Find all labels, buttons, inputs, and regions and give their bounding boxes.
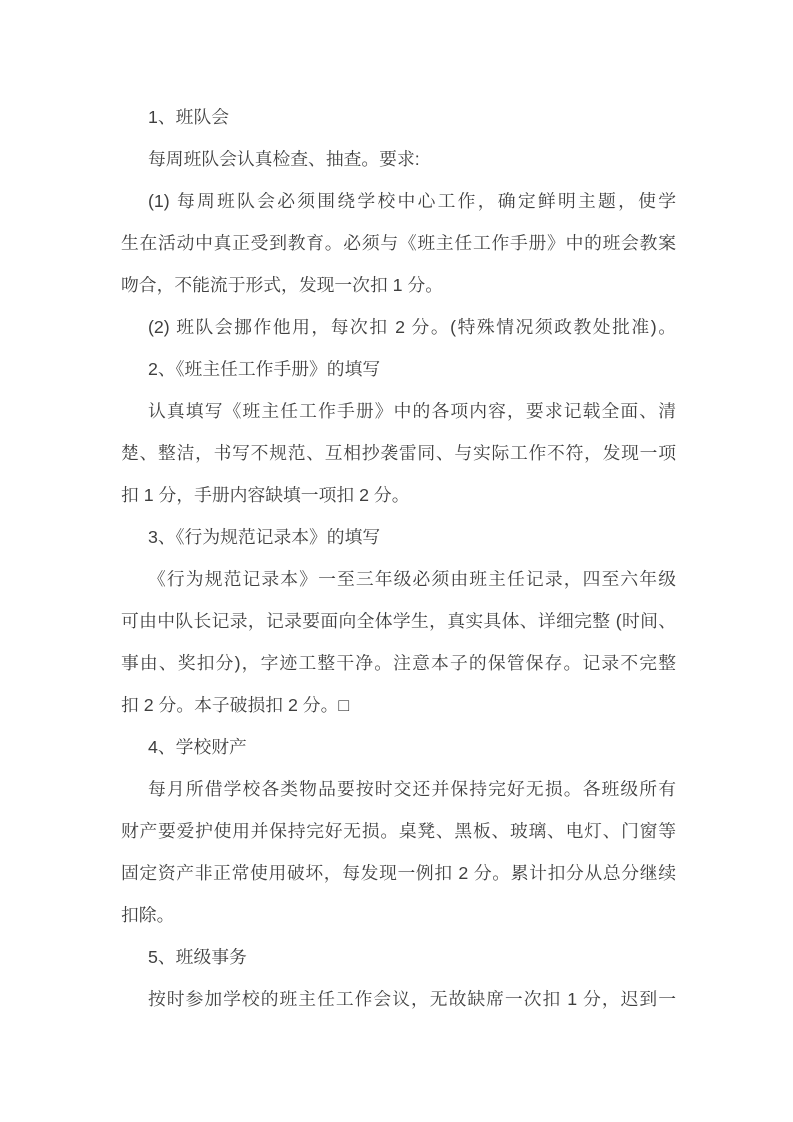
document-page: 1、班队会 每周班队会认真检查、抽查。要求: (1) 每周班队会必须围绕学校中心…: [0, 0, 793, 1122]
heading-line: 2、《班主任工作手册》的填写: [121, 348, 676, 390]
text-line: 按时参加学校的班主任工作会议，无故缺席一次扣 1 分，迟到一: [121, 978, 676, 1020]
text-line: 扣除。: [121, 894, 676, 936]
text-line: 每月所借学校各类物品要按时交还并保持完好无损。各班级所有: [121, 768, 676, 810]
text-line: 扣 2 分。本子破损扣 2 分。□: [121, 684, 676, 726]
text-line: 吻合，不能流于形式，发现一次扣 1 分。: [121, 264, 676, 306]
text-line: 楚、整洁，书写不规范、互相抄袭雷同、与实际工作不符，发现一项: [121, 432, 676, 474]
text-line: 生在活动中真正受到教育。必须与《班主任工作手册》中的班会教案: [121, 222, 676, 264]
heading-line: 3、《行为规范记录本》的填写: [121, 516, 676, 558]
heading-line: 1、班队会: [121, 96, 676, 138]
text-line: 扣 1 分，手册内容缺填一项扣 2 分。: [121, 474, 676, 516]
text-line: 事由、奖扣分)，字迹工整干净。注意本子的保管保存。记录不完整: [121, 642, 676, 684]
text-line: (1) 每周班队会必须围绕学校中心工作，确定鲜明主题，使学: [121, 180, 676, 222]
text-line: 《行为规范记录本》一至三年级必须由班主任记录，四至六年级: [121, 558, 676, 600]
text-line: 财产要爱护使用并保持完好无损。桌凳、黑板、玻璃、电灯、门窗等: [121, 810, 676, 852]
text-line: 认真填写《班主任工作手册》中的各项内容，要求记载全面、清: [121, 390, 676, 432]
text-line: (2) 班队会挪作他用，每次扣 2 分。(特殊情况须政教处批准)。: [121, 306, 676, 348]
heading-line: 5、班级事务: [121, 936, 676, 978]
text-line: 每周班队会认真检查、抽查。要求:: [121, 138, 676, 180]
text-line: 固定资产非正常使用破坏，每发现一例扣 2 分。累计扣分从总分继续: [121, 852, 676, 894]
document-text-block: 1、班队会 每周班队会认真检查、抽查。要求: (1) 每周班队会必须围绕学校中心…: [121, 96, 676, 1020]
heading-line: 4、学校财产: [121, 726, 676, 768]
text-line: 可由中队长记录，记录要面向全体学生，真实具体、详细完整 (时间、: [121, 600, 676, 642]
